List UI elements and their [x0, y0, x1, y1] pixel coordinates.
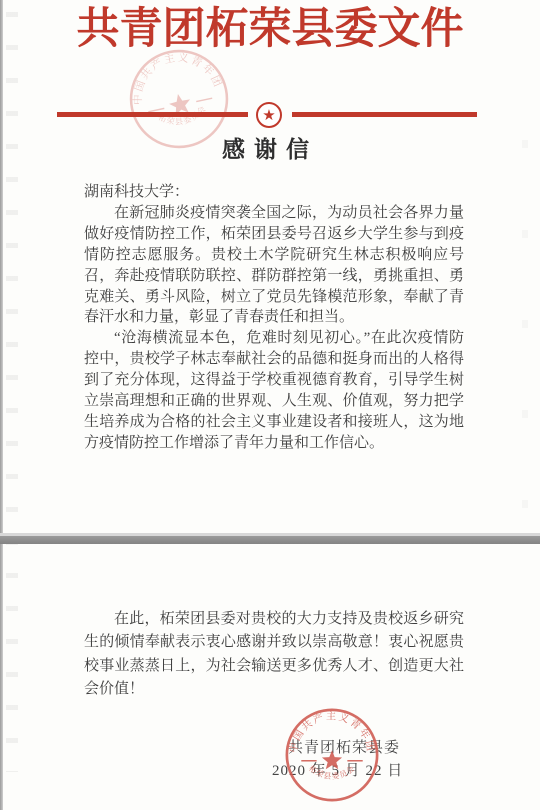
letter-body-page1: 湖南科技大学： 在新冠肺炎疫情突袭全国之际，为动员社会各界力量做好疫情防控工作，… [84, 182, 464, 454]
scan-edge-line [0, 0, 3, 810]
scanned-document-page: 共青团柘荣县委文件 中国共产主义青年团 柘荣县委员会 ★ 感谢信 湖南科技大学：… [0, 0, 540, 810]
salutation: 湖南科技大学： [84, 182, 464, 203]
seal-star-icon [322, 750, 342, 769]
svg-text:柘荣县委员会: 柘荣县委员会 [307, 763, 357, 781]
star-emblem-circle: ★ [256, 102, 282, 128]
star-icon: ★ [262, 108, 275, 123]
scan-artifacts-left [6, 12, 18, 772]
svg-text:中国共产主义青年团: 中国共产主义青年团 [286, 710, 377, 754]
seal-arc-bottom-text: 柘荣县委员会 [307, 763, 357, 781]
red-rule-right [292, 112, 477, 117]
seal-right-bar [196, 98, 212, 101]
official-seal-stamp: 中国共产主义青年团 柘荣县委员会 [284, 707, 380, 803]
seal-arc-top-text: 中国共产主义青年团 [286, 710, 377, 754]
paragraph-3: 在此，柘荣团县委对贵校的大力支持及贵校返乡研究生的倾情奉献表示衷心感谢并致以崇高… [84, 608, 464, 702]
paragraph-2: “沧海横流显本色，危难时刻见初心。”在此次疫情防控中，贵校学子林志奉献社会的品德… [84, 328, 464, 453]
paragraph-1: 在新冠肺炎疫情突袭全国之际，为动员社会各界力量做好疫情防控工作，柘荣团县委号召返… [84, 203, 464, 328]
letter-body-page2: 在此，柘荣团县委对贵校的大力支持及贵校返乡研究生的倾情奉献表示衷心感谢并致以崇高… [84, 608, 464, 702]
scan-artifacts-right [522, 140, 528, 540]
scan-seam-bar [0, 536, 540, 544]
red-rule-left [57, 112, 248, 117]
letter-title: 感谢信 [0, 131, 540, 164]
letterhead-title: 共青团柘荣县委文件 [0, 4, 540, 56]
